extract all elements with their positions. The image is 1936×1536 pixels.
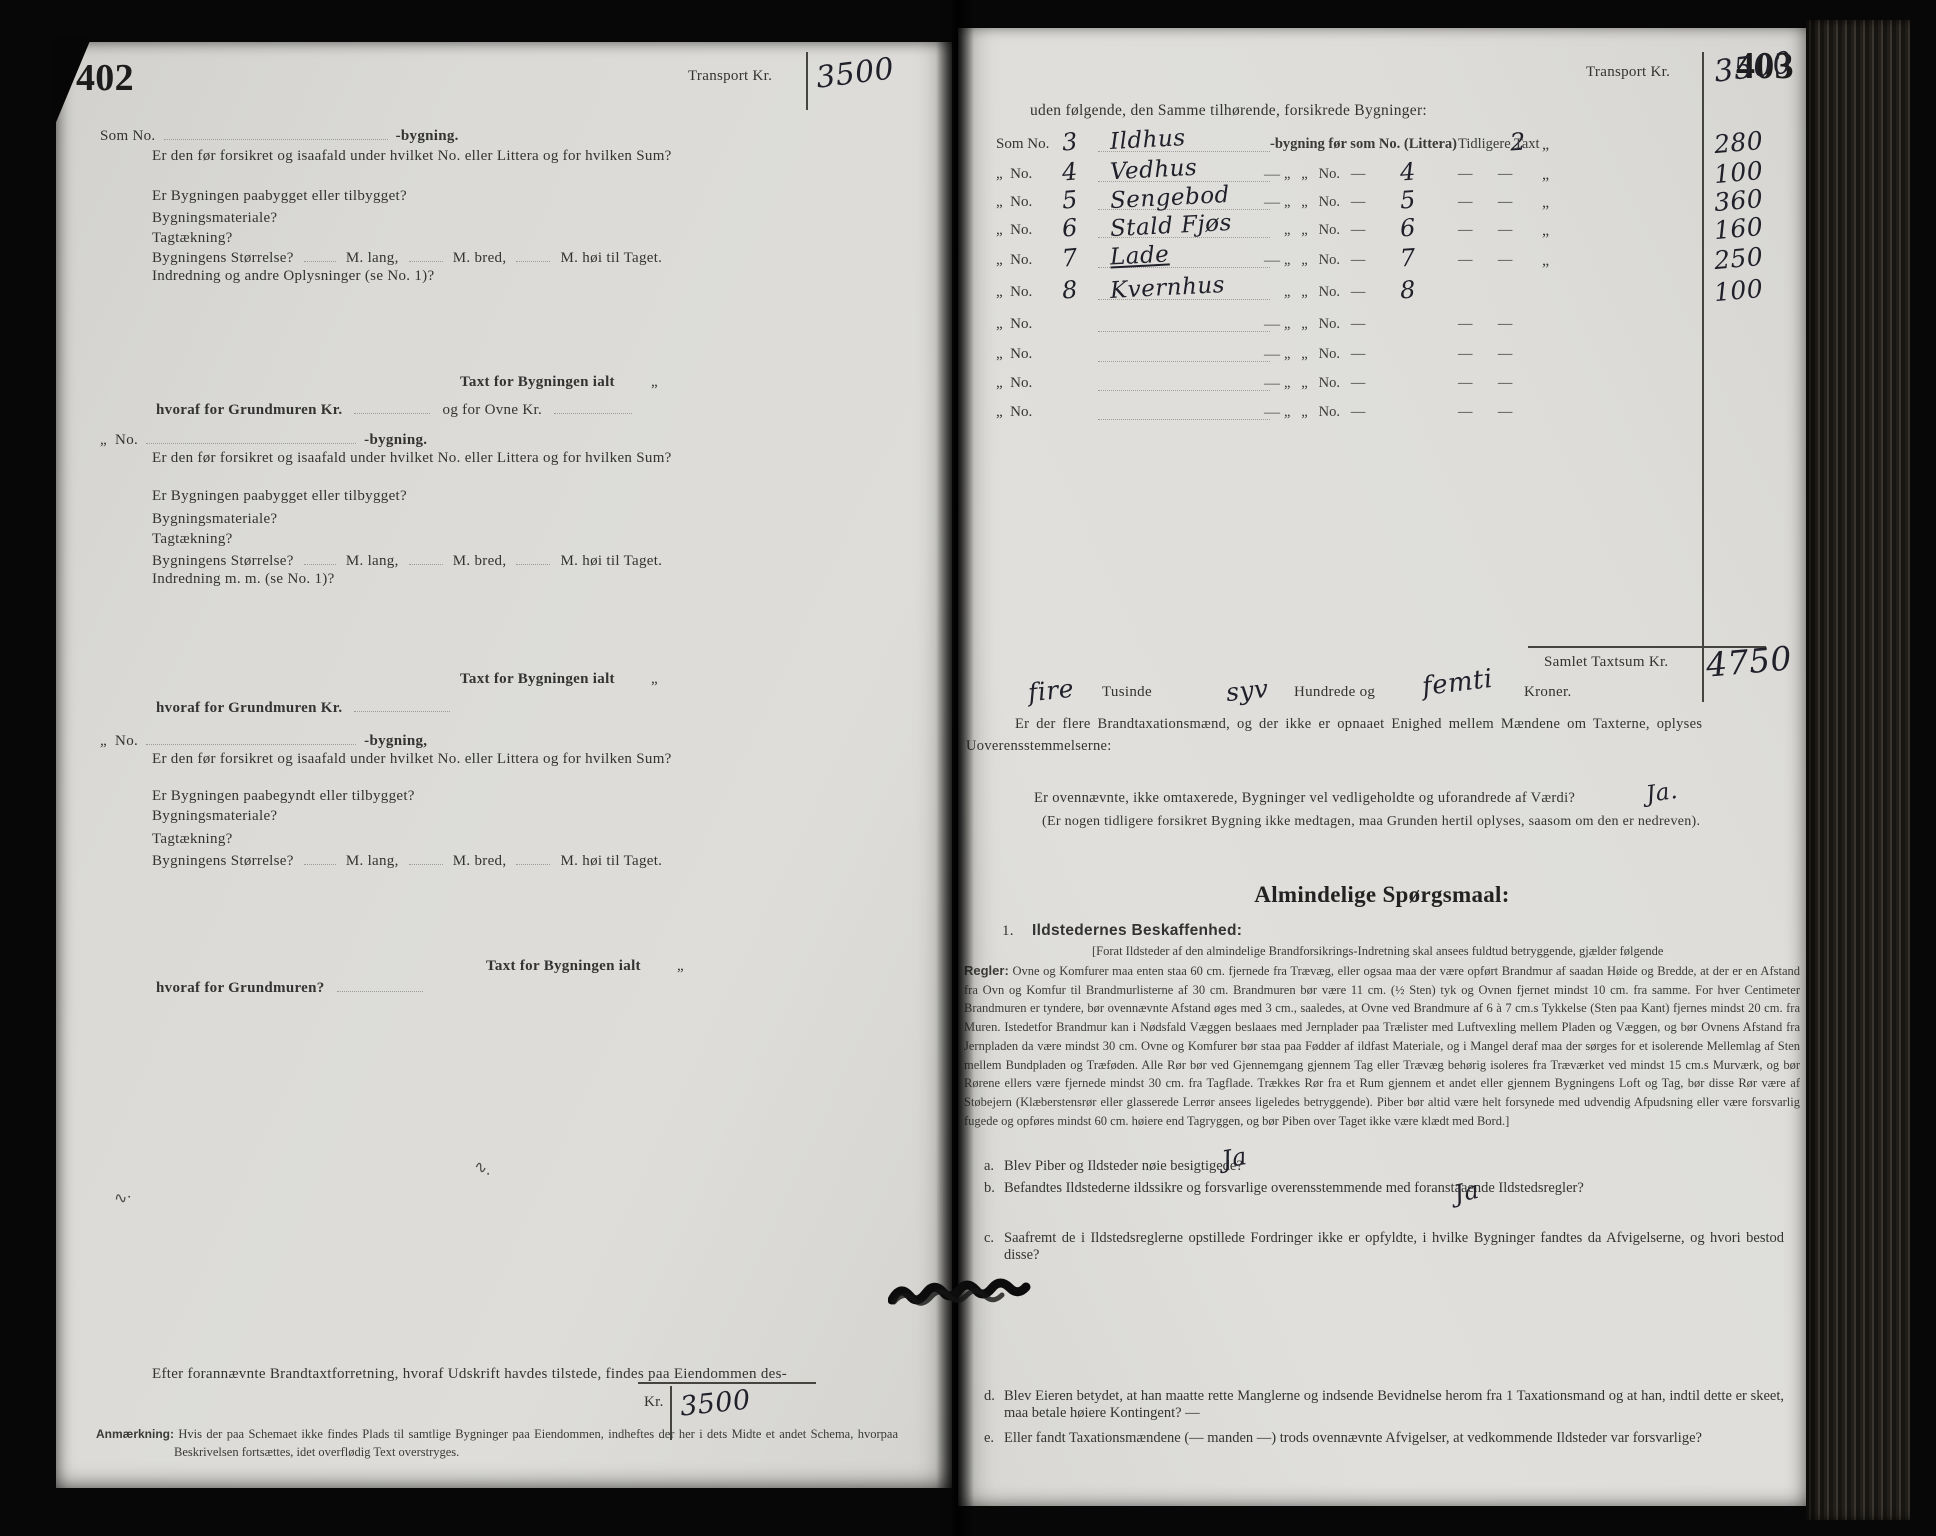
- row-mid-label: „ „ No. —: [1284, 222, 1365, 239]
- transport-label-left: Transport Kr.: [688, 68, 772, 85]
- handwritten-littera: 8: [1399, 275, 1417, 304]
- handwritten-amount: 250: [1713, 242, 1765, 275]
- repeat-quote: „: [1542, 136, 1549, 154]
- stray-pen-mark: ∿∙: [113, 1187, 133, 1209]
- handwritten-row-number: 5: [1061, 185, 1079, 214]
- table-row: „ No. 7 Lade — „ „ No. — 7 — — „ 250: [958, 252, 1806, 282]
- repeat-quote: „: [1542, 222, 1549, 240]
- question-paabygget: Er Bygningen paabegyndt eller tilbygget?: [152, 788, 415, 805]
- item-question-a: Blev Piber og Ildsteder nøie besigtigede…: [1004, 1158, 1243, 1175]
- handwritten-row-number: 6: [1061, 213, 1079, 242]
- handwritten-row-number: 8: [1061, 275, 1079, 304]
- question-indredning: Indredning m. m. (se No. 1)?: [152, 571, 335, 588]
- question-paabygget: Er Bygningen paabygget eller tilbygget?: [152, 488, 407, 505]
- row-no-label: „ No.: [996, 375, 1032, 392]
- dotted-line: [146, 430, 356, 444]
- row-no-label: „ No.: [996, 404, 1032, 421]
- bygning-suffix: -bygning,: [364, 733, 427, 749]
- dotted-line: [354, 400, 430, 414]
- dotted-line: [1098, 418, 1270, 420]
- handwritten-footer-value: 3500: [679, 1384, 753, 1422]
- question-indredning: Indredning og andre Oplysninger (se No. …: [152, 268, 434, 285]
- row-mid-label: „ „ No. —: [1284, 252, 1365, 269]
- q1-heading: 1. Ildstedernes Beskaffenhed:: [1002, 922, 1242, 940]
- handwritten-transport-value-left: 3500: [814, 51, 896, 95]
- og-ovne-label: og for Ovne Kr.: [443, 402, 542, 418]
- repeat-quote: „: [1542, 166, 1549, 184]
- sum-rule-left: [638, 1382, 816, 1384]
- dotted-line: [304, 851, 336, 865]
- row-no-label: Som No.: [996, 136, 1049, 153]
- book-page-edges: [1806, 20, 1910, 1520]
- dash: —: [1264, 252, 1280, 270]
- row-no-label: „ No.: [996, 166, 1032, 183]
- handwritten-littera: 7: [1399, 243, 1417, 272]
- repeat-quote: „: [1542, 252, 1549, 270]
- anmaerkning-label: Anmærkning:: [96, 1427, 174, 1441]
- dash: —: [1264, 166, 1280, 184]
- hvoraf-label: hvoraf for Grundmuren Kr.: [156, 402, 342, 418]
- question-tagtaekning: Tagtækning?: [152, 230, 233, 247]
- repeat-quote: „: [651, 671, 658, 687]
- dash-columns: — —: [1458, 375, 1512, 392]
- question-paabygget: Er Bygningen paabygget eller tilbygget?: [152, 188, 407, 205]
- samlet-taxtsum-label: Samlet Taxtsum Kr.: [1544, 654, 1668, 671]
- row-no-label: „ No.: [996, 252, 1032, 269]
- dotted-line: [409, 551, 443, 565]
- dotted-line: [146, 731, 356, 745]
- dotted-line: [516, 248, 550, 262]
- vedligeholdt-question: Er ovennævnte, ikke omtaxerede, Bygninge…: [1034, 790, 1575, 807]
- regler-body: Ovne og Komfurer maa enten staa 60 cm. f…: [964, 964, 1800, 1128]
- row-mid-label: „ „ No. —: [1284, 404, 1365, 421]
- question-forsikret: Er den før forsikret og isaafald under h…: [152, 148, 672, 165]
- m-hoi-label: M. høi til Taget.: [561, 250, 663, 266]
- page-number-left: 402: [76, 56, 134, 100]
- handwritten-hundreds: syv: [1225, 674, 1270, 707]
- item-letter-c: c.: [984, 1230, 994, 1247]
- dash-columns: — —: [1458, 316, 1512, 333]
- dotted-line: [337, 978, 423, 992]
- handwritten-thousands: fire: [1027, 674, 1076, 708]
- question-tagtaekning: Tagtækning?: [152, 531, 233, 548]
- table-row: „ No. 5 Sengebod — „ „ No. — 5 — — „ 360: [958, 194, 1806, 224]
- handwritten-building-name: Lade: [1109, 241, 1170, 270]
- table-row-empty: „ No. — „ „ No. — — —: [958, 404, 1806, 434]
- dotted-line: [1098, 330, 1270, 332]
- taxt-ialt-line: Taxt for Bygningen ialt „: [460, 671, 658, 688]
- handwritten-amount: 160: [1713, 212, 1765, 245]
- dotted-line: [554, 400, 632, 414]
- no-label: Som No.: [100, 128, 155, 144]
- dotted-line: [516, 851, 550, 865]
- taxt-label: Taxt for Bygningen ialt: [460, 374, 615, 390]
- section-title: Almindelige Spørgsmaal:: [958, 882, 1806, 908]
- item-question-e: Eller fandt Taxationsmændene (— manden —…: [1004, 1430, 1784, 1447]
- m-bred-label: M. bred,: [453, 853, 507, 869]
- table-row: „ No. 6 Stald Fjøs „ „ No. — 6 — — „ 160: [958, 222, 1806, 252]
- paren-note: (Er nogen tidligere forsikret Bygning ik…: [1042, 814, 1700, 830]
- handwritten-tens: femti: [1420, 664, 1494, 702]
- table-row: „ No. 4 Vedhus — „ „ No. — 4 — — „ 100: [958, 166, 1806, 196]
- q1-number: 1.: [1002, 923, 1014, 939]
- taxt-label: Taxt for Bygningen ialt: [486, 958, 641, 974]
- no-label: „ No.: [100, 432, 138, 448]
- row-no-label: „ No.: [996, 284, 1032, 301]
- tidligere-taxt-label: Tidligere Taxt: [1458, 136, 1540, 153]
- dash: —: [1264, 404, 1280, 422]
- hundrede-label: Hundrede og: [1294, 684, 1375, 701]
- repeat-quote: „: [677, 958, 684, 974]
- footer-statement: Efter forannævnte Brandtaxtforretning, h…: [152, 1366, 787, 1383]
- hvoraf-label: hvoraf for Grundmuren?: [156, 980, 325, 996]
- table-intro: uden følgende, den Samme tilhørende, for…: [1030, 102, 1427, 120]
- hvoraf-label: hvoraf for Grundmuren Kr.: [156, 700, 342, 716]
- m-hoi-label: M. høi til Taget.: [561, 553, 663, 569]
- taxt-label: Taxt for Bygningen ialt: [460, 671, 615, 687]
- dash-columns: — —: [1458, 252, 1512, 269]
- row-mid-label: -bygning før som No. (Littera): [1270, 136, 1457, 153]
- building-no-line: „ No. -bygning.: [100, 430, 427, 449]
- flere-brandtaxationsmaend-line: Er der flere Brandtaxationsmænd, og der …: [1015, 716, 1702, 733]
- ink-scribble: [888, 1278, 1048, 1312]
- footer-kr-label: Kr.: [644, 1394, 664, 1411]
- handwritten-littera: 4: [1399, 157, 1417, 186]
- dash-columns: — —: [1458, 222, 1512, 239]
- question-storrelse-line: Bygningens Størrelse? M. lang, M. bred, …: [152, 248, 662, 267]
- building-no-line: „ No. -bygning,: [100, 731, 427, 750]
- left-page: 402 Transport Kr. 3500 Som No. -bygning.…: [56, 42, 952, 1488]
- dash: —: [1264, 316, 1280, 334]
- storrelse-label: Bygningens Størrelse?: [152, 853, 294, 869]
- bygning-suffix: -bygning.: [364, 432, 427, 448]
- handwritten-ja-a: Ja: [1220, 1142, 1249, 1174]
- dash: —: [1264, 375, 1280, 393]
- dotted-line: [164, 126, 388, 140]
- question-forsikret: Er den før forsikret og isaafald under h…: [152, 450, 672, 467]
- taxt-ialt-line: Taxt for Bygningen ialt „: [460, 374, 658, 391]
- handwritten-ja-b: Ja: [1451, 1176, 1481, 1209]
- table-row-empty: „ No. — „ „ No. — — —: [958, 316, 1806, 346]
- dotted-line: [1098, 360, 1270, 362]
- handwritten-row-number: 3: [1061, 127, 1079, 156]
- tusinde-label: Tusinde: [1102, 684, 1152, 701]
- handwritten-building-name: Vedhus: [1109, 155, 1198, 186]
- storrelse-label: Bygningens Størrelse?: [152, 250, 294, 266]
- handwritten-building-name: Ildhus: [1109, 125, 1186, 155]
- row-mid-label: „ „ No. —: [1284, 284, 1365, 301]
- question-materiale: Bygningsmateriale?: [152, 210, 277, 227]
- question-materiale: Bygningsmateriale?: [152, 511, 277, 528]
- row-mid-label: „ „ No. —: [1284, 316, 1365, 333]
- table-row-empty: „ No. — „ „ No. — — —: [958, 375, 1806, 405]
- dash-columns: — —: [1458, 194, 1512, 211]
- hvoraf-line: hvoraf for Grundmuren Kr. og for Ovne Kr…: [156, 400, 640, 419]
- m-bred-label: M. bred,: [453, 553, 507, 569]
- item-question-d: Blev Eieren betydet, at han maatte rette…: [1004, 1388, 1784, 1422]
- building-no-line: Som No. -bygning.: [100, 126, 459, 145]
- dash-columns: — —: [1458, 166, 1512, 183]
- dotted-line: [304, 248, 336, 262]
- m-bred-label: M. bred,: [453, 250, 507, 266]
- m-lang-label: M. lang,: [346, 853, 399, 869]
- stray-pen-mark: ∿.: [472, 1156, 494, 1180]
- no-label: „ No.: [100, 733, 138, 749]
- row-no-label: „ No.: [996, 346, 1032, 363]
- handwritten-row-number: 7: [1061, 243, 1079, 272]
- dotted-line: [354, 698, 450, 712]
- dash-columns: — —: [1458, 404, 1512, 421]
- handwritten-ja-vedligeholdt: Ja.: [1644, 778, 1679, 808]
- table-row-empty: „ No. — „ „ No. — — —: [958, 346, 1806, 376]
- scanned-book-spread: 402 Transport Kr. 3500 Som No. -bygning.…: [0, 0, 1936, 1536]
- anmaerkning-note: Anmærkning: Hvis der paa Schemaet ikke f…: [96, 1426, 898, 1461]
- bygning-suffix: -bygning.: [396, 128, 459, 144]
- taxt-ialt-line: Taxt for Bygningen ialt „: [486, 958, 684, 975]
- m-lang-label: M. lang,: [346, 553, 399, 569]
- item-letter-b: b.: [984, 1180, 995, 1197]
- dash: —: [1264, 346, 1280, 364]
- dotted-line: [409, 851, 443, 865]
- dotted-line: [409, 248, 443, 262]
- item-letter-d: d.: [984, 1388, 995, 1405]
- row-no-label: „ No.: [996, 316, 1032, 333]
- row-mid-label: „ „ No. —: [1284, 194, 1365, 211]
- handwritten-littera: 5: [1399, 185, 1417, 214]
- repeat-quote: „: [651, 374, 658, 390]
- item-question-b: Befandtes Ildstederne ildssikre og forsv…: [1004, 1180, 1584, 1197]
- m-lang-label: M. lang,: [346, 250, 399, 266]
- dash-columns: — —: [1458, 346, 1512, 363]
- regler-intro: [Forat Ildsteder af den almindelige Bran…: [964, 942, 1800, 961]
- storrelse-label: Bygningens Størrelse?: [152, 553, 294, 569]
- ildsteds-regler-paragraph: [Forat Ildsteder af den almindelige Bran…: [964, 942, 1800, 1131]
- item-letter-a: a.: [984, 1158, 994, 1175]
- anmaerkning-text: Hvis der paa Schemaet ikke findes Plads …: [174, 1427, 898, 1459]
- transport-label-right: Transport Kr.: [1586, 64, 1670, 81]
- handwritten-littera: 6: [1399, 213, 1417, 242]
- dotted-line: [1098, 389, 1270, 391]
- amount-column-rule-left: [806, 52, 808, 110]
- right-page: 403 Transport Kr. 3500 uden følgende, de…: [958, 28, 1806, 1506]
- m-hoi-label: M. høi til Taget.: [561, 853, 663, 869]
- question-materiale: Bygningsmateriale?: [152, 808, 277, 825]
- table-row: „ No. 8 Kvernhus „ „ No. — 8 100: [958, 284, 1806, 314]
- q1-title: Ildstedernes Beskaffenhed:: [1032, 922, 1242, 939]
- row-mid-label: „ „ No. —: [1284, 346, 1365, 363]
- row-no-label: „ No.: [996, 222, 1032, 239]
- question-storrelse-line: Bygningens Størrelse? M. lang, M. bred, …: [152, 851, 662, 870]
- handwritten-amount: 280: [1713, 126, 1765, 159]
- question-forsikret: Er den før forsikret og isaafald under h…: [152, 751, 672, 768]
- dotted-line: [516, 551, 550, 565]
- uoverensstemmelserne-label: Uoverensstemmelserne:: [966, 738, 1112, 755]
- handwritten-row-number: 4: [1061, 157, 1079, 186]
- question-storrelse-line: Bygningens Størrelse? M. lang, M. bred, …: [152, 551, 662, 570]
- kroner-label: Kroner.: [1524, 684, 1572, 701]
- row-no-label: „ No.: [996, 194, 1032, 211]
- dash: —: [1264, 194, 1280, 212]
- table-row: Som No. 3 Ildhus -bygning før som No. (L…: [958, 136, 1806, 166]
- repeat-quote: „: [1542, 194, 1549, 212]
- row-mid-label: „ „ No. —: [1284, 166, 1365, 183]
- item-question-c: Saafremt de i Ildstedsreglerne opstilled…: [1004, 1230, 1784, 1264]
- item-letter-e: e.: [984, 1430, 994, 1447]
- handwritten-amount: 100: [1713, 274, 1765, 307]
- dotted-line: [304, 551, 336, 565]
- row-mid-label: „ „ No. —: [1284, 375, 1365, 392]
- hvoraf-line: hvoraf for Grundmuren Kr.: [156, 698, 458, 717]
- handwritten-samlet-value: 4750: [1704, 638, 1793, 684]
- hvoraf-line: hvoraf for Grundmuren?: [156, 978, 431, 997]
- question-tagtaekning: Tagtækning?: [152, 831, 233, 848]
